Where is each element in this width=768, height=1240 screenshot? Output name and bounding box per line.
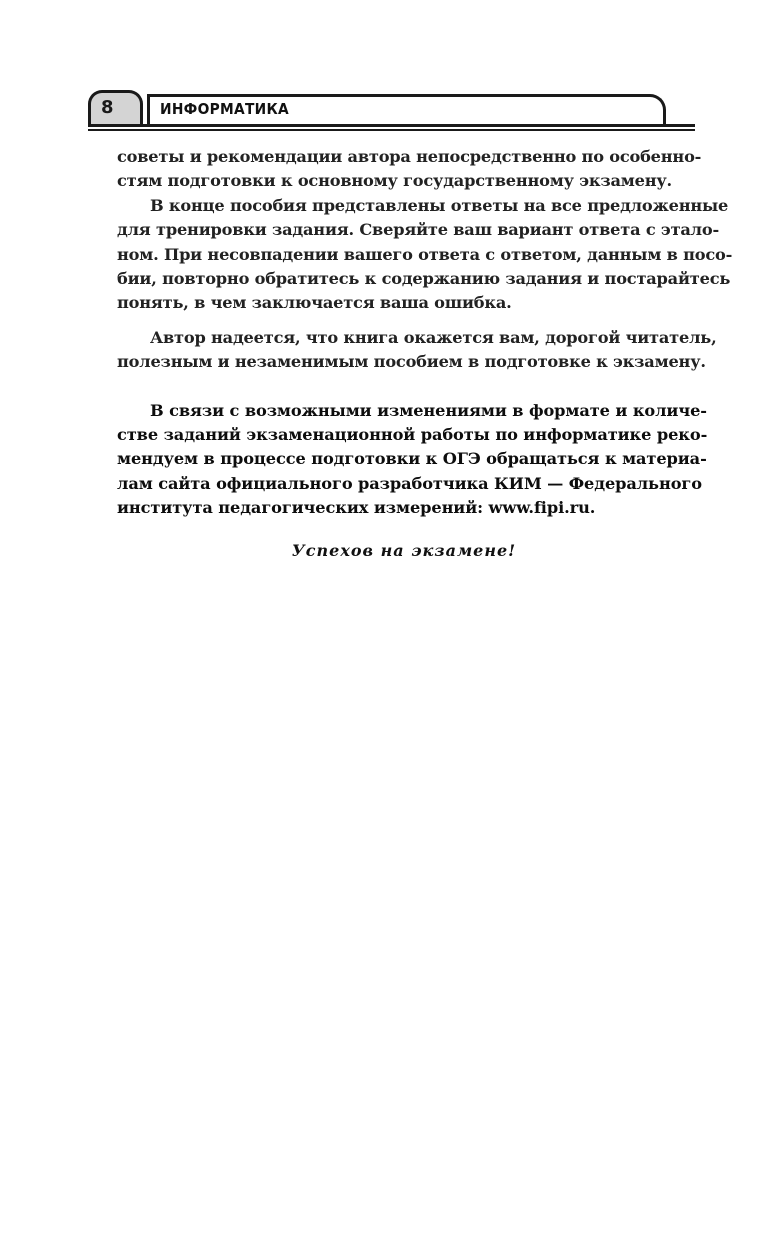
text-line: ном. При несовпадении вашего ответа с от… <box>117 243 691 267</box>
text-line: стве заданий экзаменационной работы по и… <box>117 423 691 447</box>
text-line: понять, в чем заключается ваша ошибка. <box>117 291 691 315</box>
paragraph-continuation: советы и рекомендации автора непосредств… <box>117 145 691 194</box>
page-number: 8 <box>101 97 114 118</box>
text-line: полезным и незаменимым пособием в подгот… <box>117 350 691 374</box>
text-line: советы и рекомендации автора непосредств… <box>117 145 691 169</box>
paragraph-answers: В конце пособия представлены ответы на в… <box>117 194 691 316</box>
page-body: советы и рекомендации автора непосредств… <box>117 145 691 560</box>
running-header: 8 ИНФОРМАТИКА <box>88 90 695 130</box>
text-line: института педагогических измерений: www.… <box>117 496 691 520</box>
header-rule-thick <box>88 124 695 127</box>
text-line: В связи с возможными изменениями в форма… <box>117 399 691 423</box>
text-line: лам сайта официального разработчика КИМ … <box>117 472 691 496</box>
text-line: бии, повторно обратитесь к содержанию за… <box>117 267 691 291</box>
section-title: ИНФОРМАТИКА <box>160 100 289 118</box>
paragraph-author-hope: Автор надеется, что книга окажется вам, … <box>117 326 691 375</box>
text-line: мендуем в процессе подготовки к ОГЭ обра… <box>117 447 691 471</box>
header-rule-thin <box>88 129 695 131</box>
page-number-tab: 8 <box>88 90 143 124</box>
text-line: Автор надеется, что книга окажется вам, … <box>117 326 691 350</box>
closing-wish: Успехов на экзамене! <box>117 541 691 560</box>
paragraph-fipi-notice: В связи с возможными изменениями в форма… <box>117 399 691 521</box>
text-line: стям подготовки к основному государствен… <box>117 169 691 193</box>
section-title-box: ИНФОРМАТИКА <box>147 94 666 124</box>
text-line: для тренировки задания. Сверяйте ваш вар… <box>117 218 691 242</box>
text-line: В конце пособия представлены ответы на в… <box>117 194 691 218</box>
